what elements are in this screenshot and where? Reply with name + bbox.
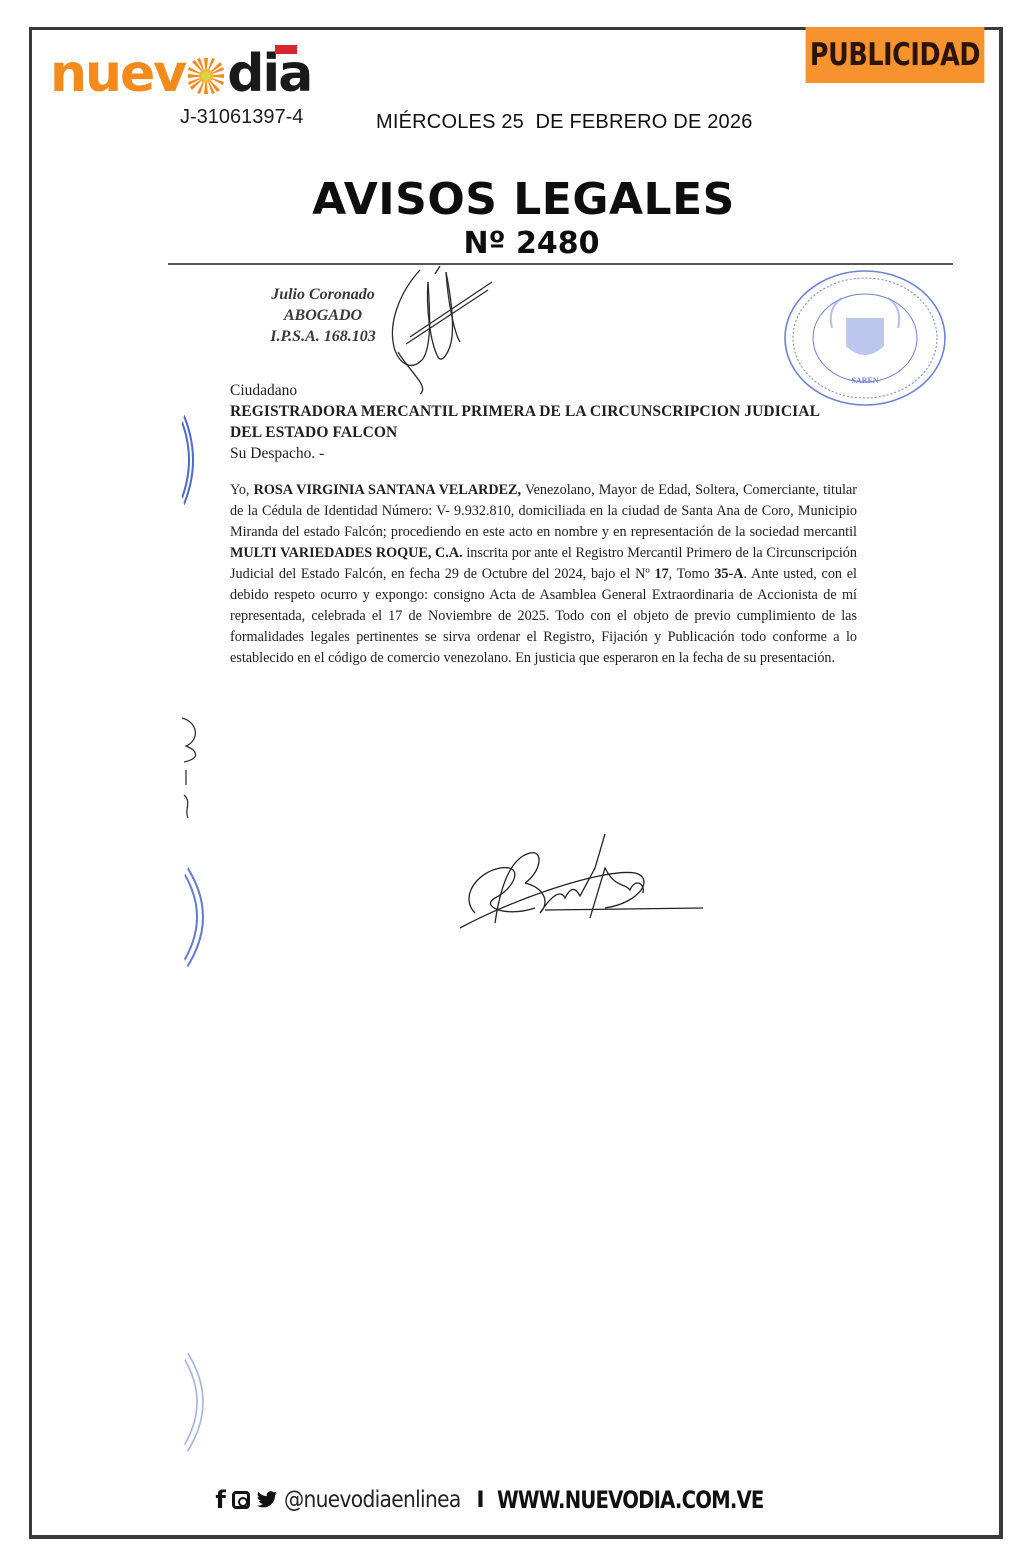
lawyer-signature bbox=[380, 262, 510, 397]
partial-stamp-bottom bbox=[178, 1340, 228, 1465]
body-paragraph: Yo, ROSA VIRGINIA SANTANA VELARDEZ, Vene… bbox=[230, 480, 857, 669]
sun-icon bbox=[186, 56, 226, 96]
instagram-glyph bbox=[232, 1491, 250, 1509]
logo-text-right-label: dia bbox=[227, 44, 311, 104]
rif-number: J-31061397-4 bbox=[180, 106, 303, 129]
partial-stamp-top bbox=[178, 405, 208, 515]
company-name: MULTI VARIEDADES ROQUE, C.A. bbox=[230, 545, 463, 561]
body-text: , Tomo bbox=[669, 566, 715, 582]
social-handle[interactable]: @nuevodiaenlinea bbox=[284, 1487, 461, 1513]
logo-accent-bar bbox=[275, 45, 297, 54]
partial-stamp-middle bbox=[178, 855, 228, 980]
website-link[interactable]: WWW.NUEVODIA.COM.VE bbox=[497, 1486, 764, 1514]
recipient-line-1: REGISTRADORA MERCANTIL PRIMERA DE LA CIR… bbox=[230, 401, 857, 422]
twitter-icon[interactable] bbox=[256, 1490, 278, 1510]
notice-number: Nº 2480 bbox=[0, 226, 1027, 261]
closing: Su Despacho. - bbox=[230, 443, 857, 464]
publication-date: MIÉRCOLES 25 DE FEBRERO DE 2026 bbox=[376, 111, 753, 134]
addressee-block: Ciudadano REGISTRADORA MERCANTIL PRIMERA… bbox=[230, 380, 857, 464]
applicant-name: ROSA VIRGINIA SANTANA VELARDEZ, bbox=[254, 482, 521, 498]
lawyer-stamp: Julio Coronado ABOGADO I.P.S.A. 168.103 bbox=[252, 284, 394, 347]
page-title: AVISOS LEGALES bbox=[0, 174, 1027, 225]
greeting: Ciudadano bbox=[230, 380, 857, 401]
margin-signature bbox=[178, 710, 218, 840]
logo-text-left: nuev bbox=[50, 48, 185, 100]
registry-number: 17 bbox=[654, 566, 668, 582]
lawyer-name: Julio Coronado bbox=[252, 284, 394, 305]
footer-separator: I bbox=[476, 1488, 484, 1513]
facebook-icon[interactable]: f bbox=[215, 1486, 225, 1514]
logo-text-right: dia bbox=[227, 48, 311, 100]
lawyer-title: ABOGADO bbox=[252, 305, 394, 326]
instagram-icon[interactable] bbox=[232, 1491, 250, 1509]
section-badge: PUBLICIDAD bbox=[806, 27, 985, 83]
nuevodia-logo: nuev dia bbox=[50, 46, 311, 102]
lawyer-ipsa: I.P.S.A. 168.103 bbox=[252, 326, 394, 347]
tomo-number: 35-A bbox=[714, 566, 743, 582]
body-text: Yo, bbox=[230, 482, 254, 498]
recipient-line-2: DEL ESTADO FALCON bbox=[230, 422, 857, 443]
applicant-signature bbox=[455, 828, 710, 938]
footer: f @nuevodiaenlinea I WWW.NUEVODIA.COM.VE bbox=[0, 1486, 1027, 1514]
